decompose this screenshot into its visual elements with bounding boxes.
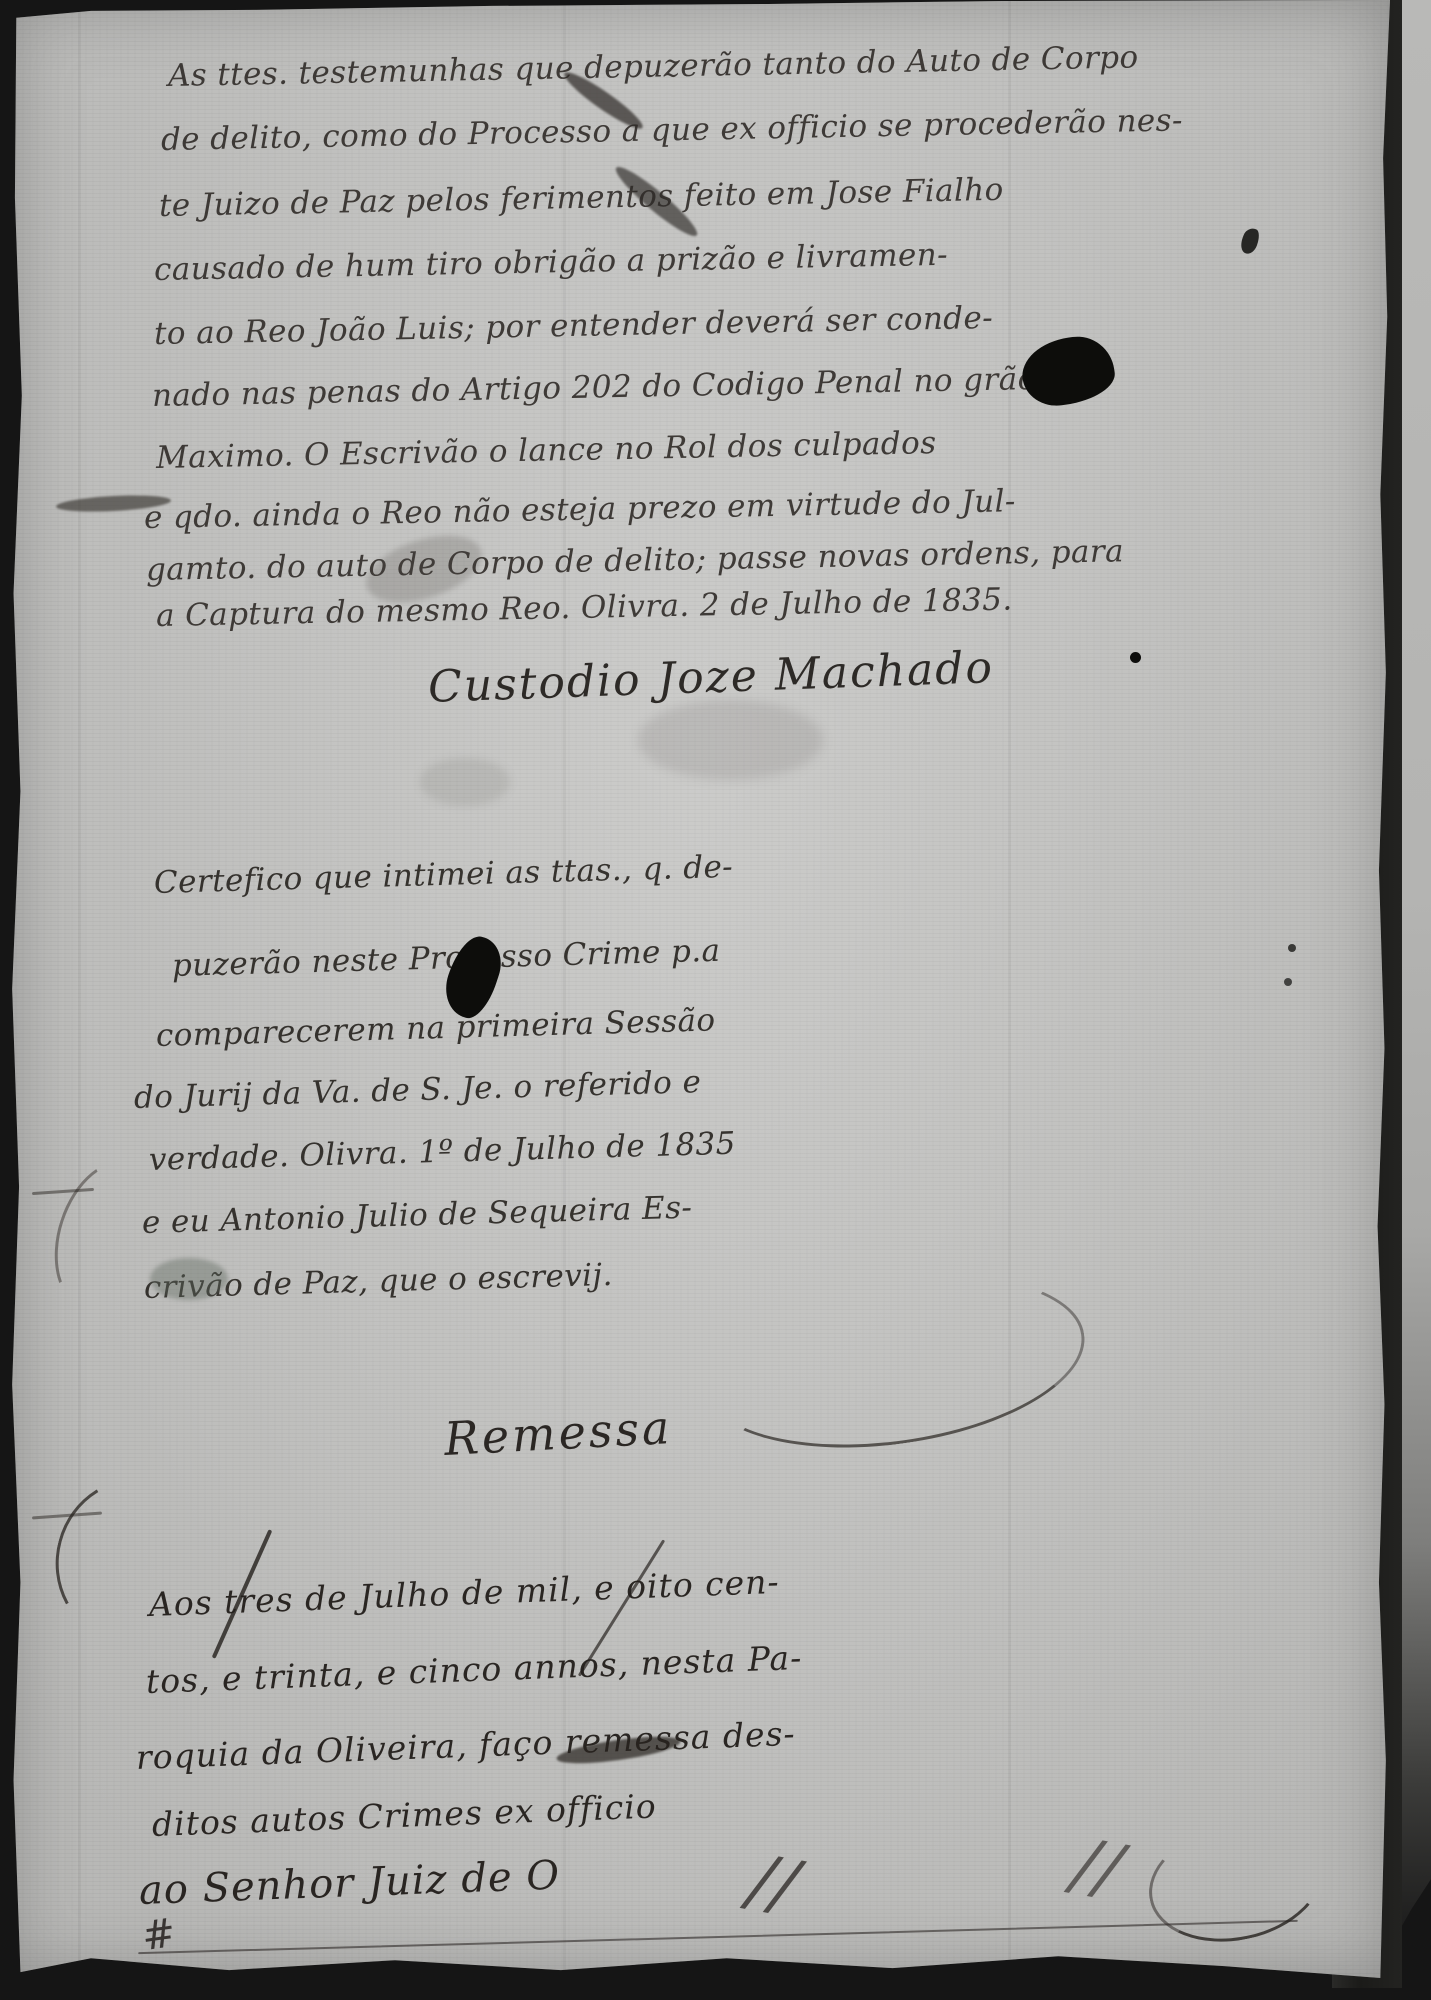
manuscript-line: de delito, como do Processo a que ex off… [161,102,1183,158]
manuscript-line: do Jurij da Va. de S. Je. o referido e [133,1064,701,1116]
manuscript-line: e qdo. ainda o Reo não esteja prezo em v… [144,483,1016,536]
manuscript-line: tos, e trinta, e cinco annos, nesta Pa- [145,1638,803,1701]
ink-dot [1130,652,1141,663]
ink-dot [1284,978,1292,986]
manuscript-line: Maximo. O Escrivão o lance no Rol dos cu… [156,425,937,476]
footer-slash-mark: // [743,1839,804,1928]
pen-flourish [690,1252,1095,1470]
footer-slash-mark: // [1067,1823,1128,1912]
manuscript-line: nado nas penas do Artigo 202 do Codigo P… [152,361,1037,414]
ink-blot [1018,332,1118,410]
manuscript-line: te Juizo de Paz pelos ferimentos feito e… [159,172,1004,224]
manuscript-line: causado de hum tiro obrigão a prizão e l… [154,237,949,288]
ink-dot [1288,944,1296,952]
manuscript-line: a Captura do mesmo Reo. Olivra. 2 de Jul… [156,582,1013,634]
green-smudge [150,1258,228,1300]
manuscript-line: gamto. do auto de Corpo de delito; passe… [146,533,1125,588]
manuscript-line: ditos autos Crimes ex officio [151,1787,657,1844]
manuscript-line: puzerão neste Processo Crime p.a [171,933,720,984]
scanned-document: As ttes. testemunhas que depuzerão tanto… [0,0,1431,2000]
manuscript-line: ao Senhor Juiz de O [138,1853,561,1914]
manuscript-line: comparecerem na primeira Sessão [155,1002,715,1054]
manuscript-line: verdade. Olivra. 1º de Julho de 1835 [148,1126,736,1178]
fold-crease [1008,0,1011,1978]
pen-flourish [1138,1807,1334,1957]
manuscript-line: As ttes. testemunhas que depuzerão tanto… [168,39,1139,94]
manuscript-line: Certefico que intimei as ttas., q. de- [153,849,733,901]
manuscript-line: to ao Reo João Luis; por entender deverá… [154,300,994,352]
manuscript-page: As ttes. testemunhas que depuzerão tanto… [8,0,1390,1978]
ghost-stain [420,758,510,806]
footer-rule-flourish [138,1920,1298,1954]
remessa-heading: Remessa [443,1400,674,1466]
ghost-stain [638,700,823,780]
fold-crease [78,0,81,1978]
manuscript-line: e eu Antonio Julio de Sequeira Es- [141,1190,692,1241]
ink-speck [1238,226,1262,256]
pen-flourish [37,1461,231,1662]
manuscript-line: roquia da Oliveira, faço remessa des- [135,1714,796,1777]
